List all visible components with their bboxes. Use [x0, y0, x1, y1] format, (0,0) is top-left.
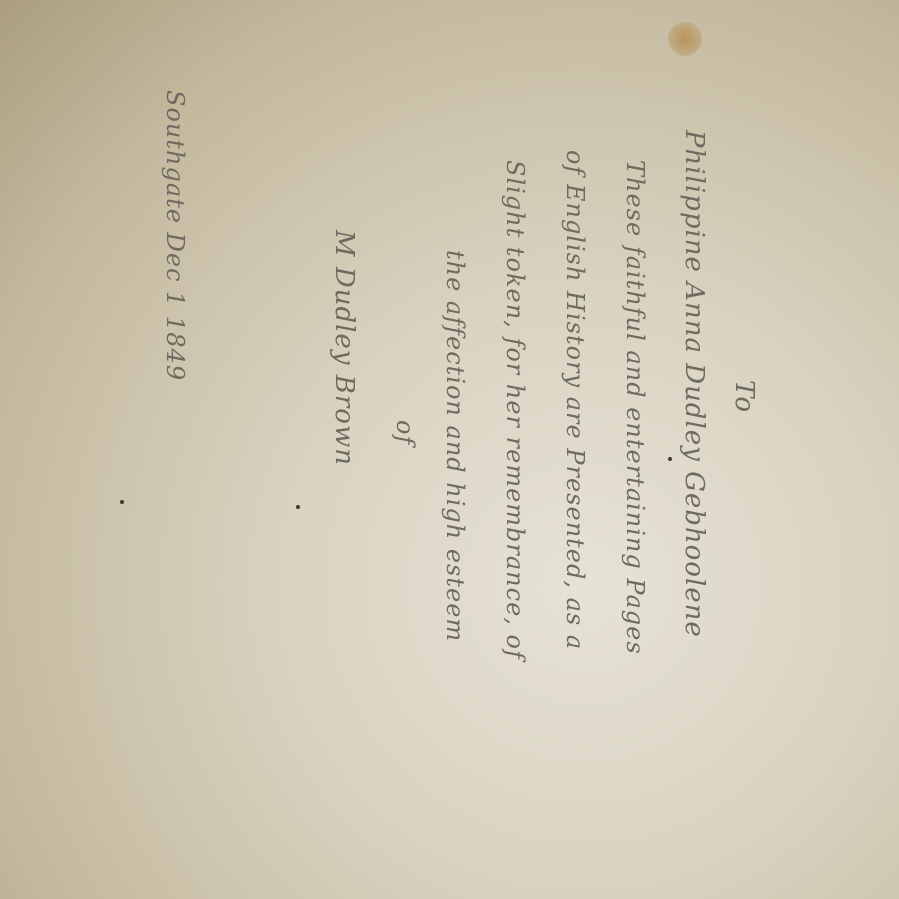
ink-dot	[120, 500, 124, 504]
recipient-name: Philippine Anna Dudley Gebhoolene	[679, 130, 709, 638]
ink-dot	[668, 457, 672, 461]
body-line-2: of English History are Presented, as a	[561, 150, 589, 650]
inscription-page: To Philippine Anna Dudley Gebhoolene The…	[0, 0, 899, 899]
rotated-text-layer: To Philippine Anna Dudley Gebhoolene The…	[0, 0, 899, 899]
body-line-3: Slight token, for her remembrance, of	[501, 160, 529, 660]
place-date: Southgate Dec 1 1849	[161, 90, 189, 381]
body-line-1: These faithful and entertaining Pages	[621, 160, 649, 655]
of-word: of	[391, 420, 419, 445]
body-line-4: the affection and high esteem	[441, 250, 469, 642]
ink-dot	[296, 505, 300, 509]
salutation: To	[729, 380, 759, 413]
signature: M Dudley Brown	[329, 230, 359, 466]
